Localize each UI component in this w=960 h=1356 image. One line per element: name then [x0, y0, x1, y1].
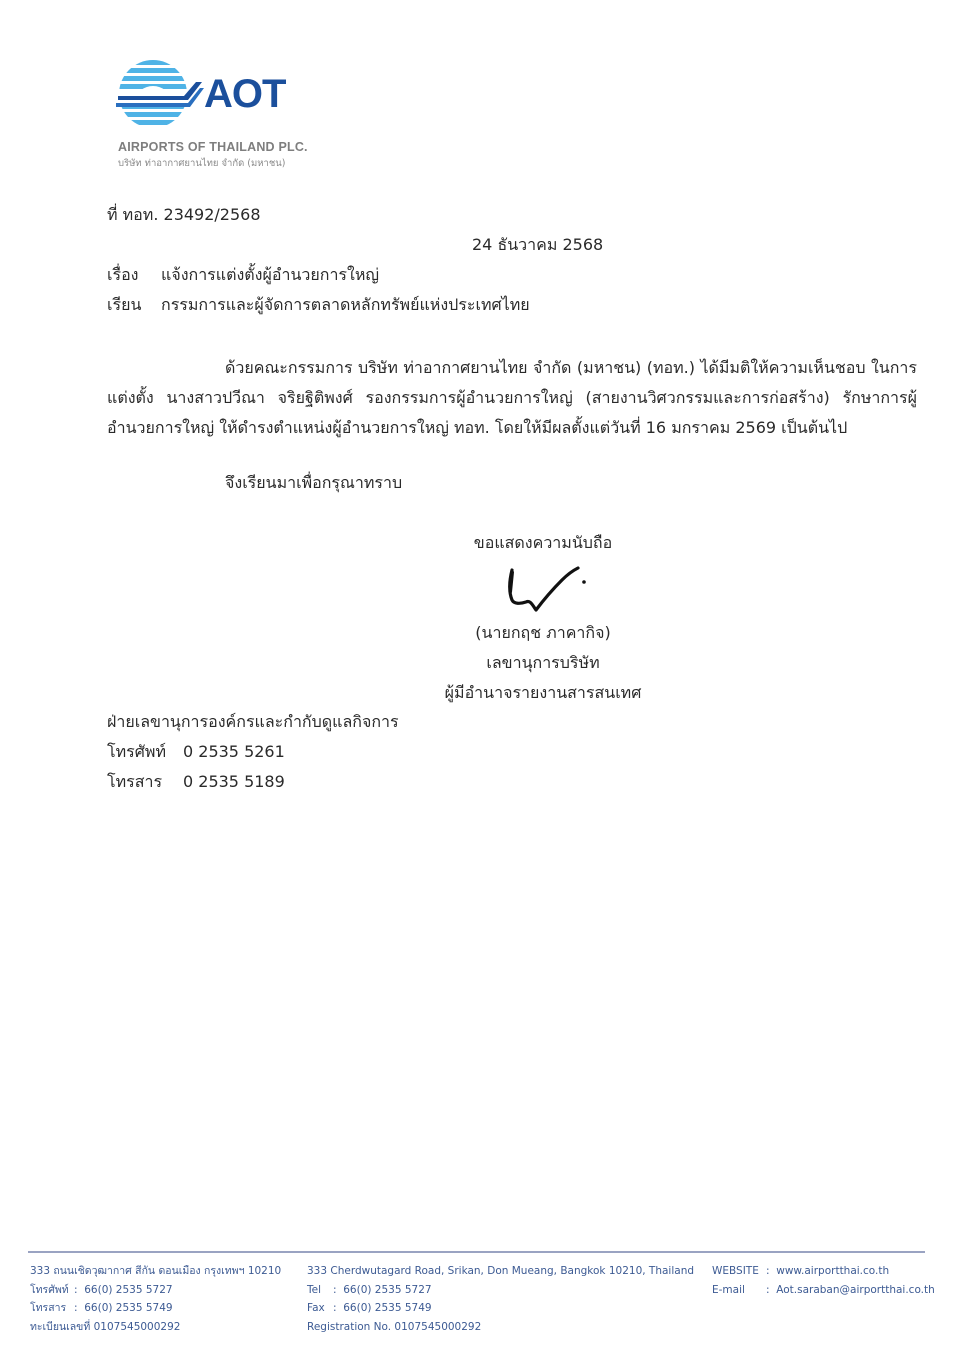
- subject-line: เรื่องแจ้งการแต่งตั้งผู้อำนวยการใหญ่: [107, 265, 379, 285]
- reference-number: ที่ ทอท. 23492/2568: [107, 205, 261, 225]
- footer-thai-fax: โทรสาร: 66(0) 2535 5749: [30, 1299, 281, 1318]
- footer-web: WEBSITE: www.airportthai.co.th E-mail: A…: [712, 1262, 935, 1299]
- contact-phone: โทรศัพท์0 2535 5261: [107, 742, 285, 762]
- company-name-th: บริษัท ท่าอากาศยานไทย จำกัด (มหาชน): [118, 156, 286, 171]
- footer-website: WEBSITE: www.airportthai.co.th: [712, 1262, 935, 1281]
- phone-number: 0 2535 5261: [183, 742, 285, 761]
- aot-wordmark: AOT: [204, 70, 285, 118]
- recipient-text: กรรมการและผู้จัดการตลาดหลักทรัพย์แห่งประ…: [161, 295, 530, 314]
- footer-en-phone: Tel: 66(0) 2535 5727: [307, 1281, 694, 1300]
- signer-name: (นายกฤช ภาคากิจ): [423, 623, 663, 643]
- signer-authority: ผู้มีอำนาจรายงานสารสนเทศ: [423, 683, 663, 703]
- website-link[interactable]: www.airportthai.co.th: [776, 1265, 889, 1277]
- recipient-line: เรียนกรรมการและผู้จัดการตลาดหลักทรัพย์แห…: [107, 295, 530, 315]
- recipient-label: เรียน: [107, 295, 161, 315]
- letter-date: 24 ธันวาคม 2568: [472, 235, 603, 255]
- subject-label: เรื่อง: [107, 265, 161, 285]
- phone-label: โทรศัพท์: [107, 742, 183, 762]
- footer-thai-address: 333 ถนนเชิดวุฒากาศ สีกัน ดอนเมือง กรุงเท…: [30, 1262, 281, 1281]
- subject-text: แจ้งการแต่งตั้งผู้อำนวยการใหญ่: [161, 265, 379, 284]
- department-name: ฝ่ายเลขานุการองค์กรและกำกับดูแลกิจการ: [107, 712, 399, 732]
- footer-en-registration: Registration No. 0107545000292: [307, 1318, 694, 1337]
- footer-thai: 333 ถนนเชิดวุฒากาศ สีกัน ดอนเมือง กรุงเท…: [30, 1262, 281, 1336]
- contact-fax: โทรสาร0 2535 5189: [107, 772, 285, 792]
- footer-english: 333 Cherdwutagard Road, Srikan, Don Muea…: [307, 1262, 694, 1336]
- fax-number: 0 2535 5189: [183, 772, 285, 791]
- aot-emblem-icon: [116, 58, 206, 133]
- footer-thai-phone: โทรศัพท์: 66(0) 2535 5727: [30, 1281, 281, 1300]
- footer-thai-registration: ทะเบียนเลขที่ 0107545000292: [30, 1318, 281, 1337]
- company-name-en: AIRPORTS OF THAILAND PLC.: [118, 140, 308, 154]
- signature-icon: [500, 562, 595, 617]
- fax-label: โทรสาร: [107, 772, 183, 792]
- footer-en-address: 333 Cherdwutagard Road, Srikan, Don Muea…: [307, 1262, 694, 1281]
- footer-email: E-mail: Aot.saraban@airportthai.co.th: [712, 1281, 935, 1300]
- closing-sentence: จึงเรียนมาเพื่อกรุณาทราบ: [225, 473, 402, 493]
- email-link[interactable]: Aot.saraban@airportthai.co.th: [776, 1284, 935, 1296]
- letter-body: ด้วยคณะกรรมการ บริษัท ท่าอากาศยานไทย จำก…: [107, 353, 917, 443]
- complimentary-close: ขอแสดงความนับถือ: [423, 533, 663, 553]
- signer-title: เลขานุการบริษัท: [423, 653, 663, 673]
- footer-en-fax: Fax: 66(0) 2535 5749: [307, 1299, 694, 1318]
- footer-divider: [28, 1251, 925, 1253]
